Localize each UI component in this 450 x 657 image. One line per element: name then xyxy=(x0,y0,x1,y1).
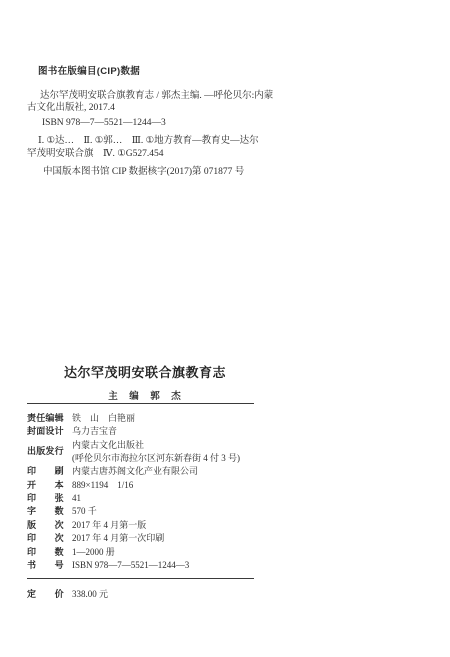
row-value: 41 xyxy=(72,492,81,505)
row-value: 内蒙古文化出版社 (呼伦贝尔市海拉尔区河东新春街 4 付 3 号) xyxy=(72,439,240,465)
row-value: 内蒙古唐苏阁文化产业有限公司 xyxy=(72,465,198,478)
cip-record-line2: 古文化出版社, 2017.4 xyxy=(27,102,293,115)
row-label: 字 数 xyxy=(27,505,64,518)
chief-editor-line: 主 编 郭 杰 xyxy=(0,388,290,402)
row-label: 书 号 xyxy=(27,559,64,572)
row-word-count: 字 数 570 千 xyxy=(27,505,254,518)
row-label: 印 张 xyxy=(27,492,64,505)
row-value: 铁 山 白艳丽 xyxy=(72,412,135,425)
row-label: 印 刷 xyxy=(27,465,64,478)
row-label: 开 本 xyxy=(27,479,64,492)
row-value: 338.00 元 xyxy=(72,588,108,601)
row-publisher: 出版发行 内蒙古文化出版社 (呼伦贝尔市海拉尔区河东新春街 4 付 3 号) xyxy=(27,439,254,465)
row-value: 乌力吉宝音 xyxy=(72,425,117,438)
row-value: 1—2000 册 xyxy=(72,546,115,559)
row-book-number: 书 号 ISBN 978—7—5521—1244—3 xyxy=(27,559,254,572)
row-label: 印 次 xyxy=(27,532,64,545)
cip-record-number: 中国版本图书馆 CIP 数据核字(2017)第 071877 号 xyxy=(27,166,293,179)
colophon-rows: 责任编辑 铁 山 白艳丽 封面设计 乌力吉宝音 出版发行 内蒙古文化出版社 (呼… xyxy=(27,412,254,572)
row-value: ISBN 978—7—5521—1244—3 xyxy=(72,559,189,572)
cip-classification-line2: 罕茂明安联合旗 Ⅳ. ①G527.454 xyxy=(27,148,293,161)
row-value: 889×1194 1/16 xyxy=(72,479,133,492)
cip-classification: Ⅰ. ①达… Ⅱ. ①郭… Ⅲ. ①地方教育—教育史—达尔 罕茂明安联合旗 Ⅳ.… xyxy=(27,135,293,160)
row-price: 定 价 338.00 元 xyxy=(27,588,254,601)
cip-block: 图书在版编目(CIP)数据 达尔罕茂明安联合旗教育志 / 郭杰主编. —呼伦贝尔… xyxy=(27,66,293,179)
cip-classification-line1: Ⅰ. ①达… Ⅱ. ①郭… Ⅲ. ①地方教育—教育史—达尔 xyxy=(27,135,293,148)
row-printer: 印 刷 内蒙古唐苏阁文化产业有限公司 xyxy=(27,465,254,478)
row-edition: 版 次 2017 年 4 月第一版 xyxy=(27,519,254,532)
cip-record: 达尔罕茂明安联合旗教育志 / 郭杰主编. —呼伦贝尔:内蒙 古文化出版社, 20… xyxy=(27,90,293,115)
colophon: 责任编辑 铁 山 白艳丽 封面设计 乌力吉宝音 出版发行 内蒙古文化出版社 (呼… xyxy=(27,403,254,602)
publisher-name: 内蒙古文化出版社 xyxy=(72,439,240,452)
row-label: 印 数 xyxy=(27,546,64,559)
divider-top xyxy=(27,403,254,404)
row-responsible-editor: 责任编辑 铁 山 白艳丽 xyxy=(27,412,254,425)
row-format: 开 本 889×1194 1/16 xyxy=(27,479,254,492)
row-label: 版 次 xyxy=(27,519,64,532)
row-value: 570 千 xyxy=(72,505,97,518)
row-value: 2017 年 4 月第一版 xyxy=(72,519,146,532)
cip-heading: 图书在版编目(CIP)数据 xyxy=(38,66,293,79)
row-value: 2017 年 4 月第一次印刷 xyxy=(72,532,164,545)
publisher-address: (呼伦贝尔市海拉尔区河东新春街 4 付 3 号) xyxy=(72,452,240,465)
cip-isbn: ISBN 978—7—5521—1244—3 xyxy=(27,117,293,130)
row-impression: 印 次 2017 年 4 月第一次印刷 xyxy=(27,532,254,545)
divider-bottom xyxy=(27,578,254,579)
cip-record-line1: 达尔罕茂明安联合旗教育志 / 郭杰主编. —呼伦贝尔:内蒙 xyxy=(27,90,293,103)
title-block: 达尔罕茂明安联合旗教育志 主 编 郭 杰 xyxy=(0,362,290,402)
row-sheets: 印 张 41 xyxy=(27,492,254,505)
book-copyright-page: 图书在版编目(CIP)数据 达尔罕茂明安联合旗教育志 / 郭杰主编. —呼伦贝尔… xyxy=(0,0,450,657)
row-print-run: 印 数 1—2000 册 xyxy=(27,546,254,559)
row-label: 定 价 xyxy=(27,588,64,601)
row-label: 出版发行 xyxy=(27,445,64,458)
book-title: 达尔罕茂明安联合旗教育志 xyxy=(0,362,290,381)
row-cover-design: 封面设计 乌力吉宝音 xyxy=(27,425,254,438)
row-label: 封面设计 xyxy=(27,425,64,438)
row-label: 责任编辑 xyxy=(27,412,64,425)
